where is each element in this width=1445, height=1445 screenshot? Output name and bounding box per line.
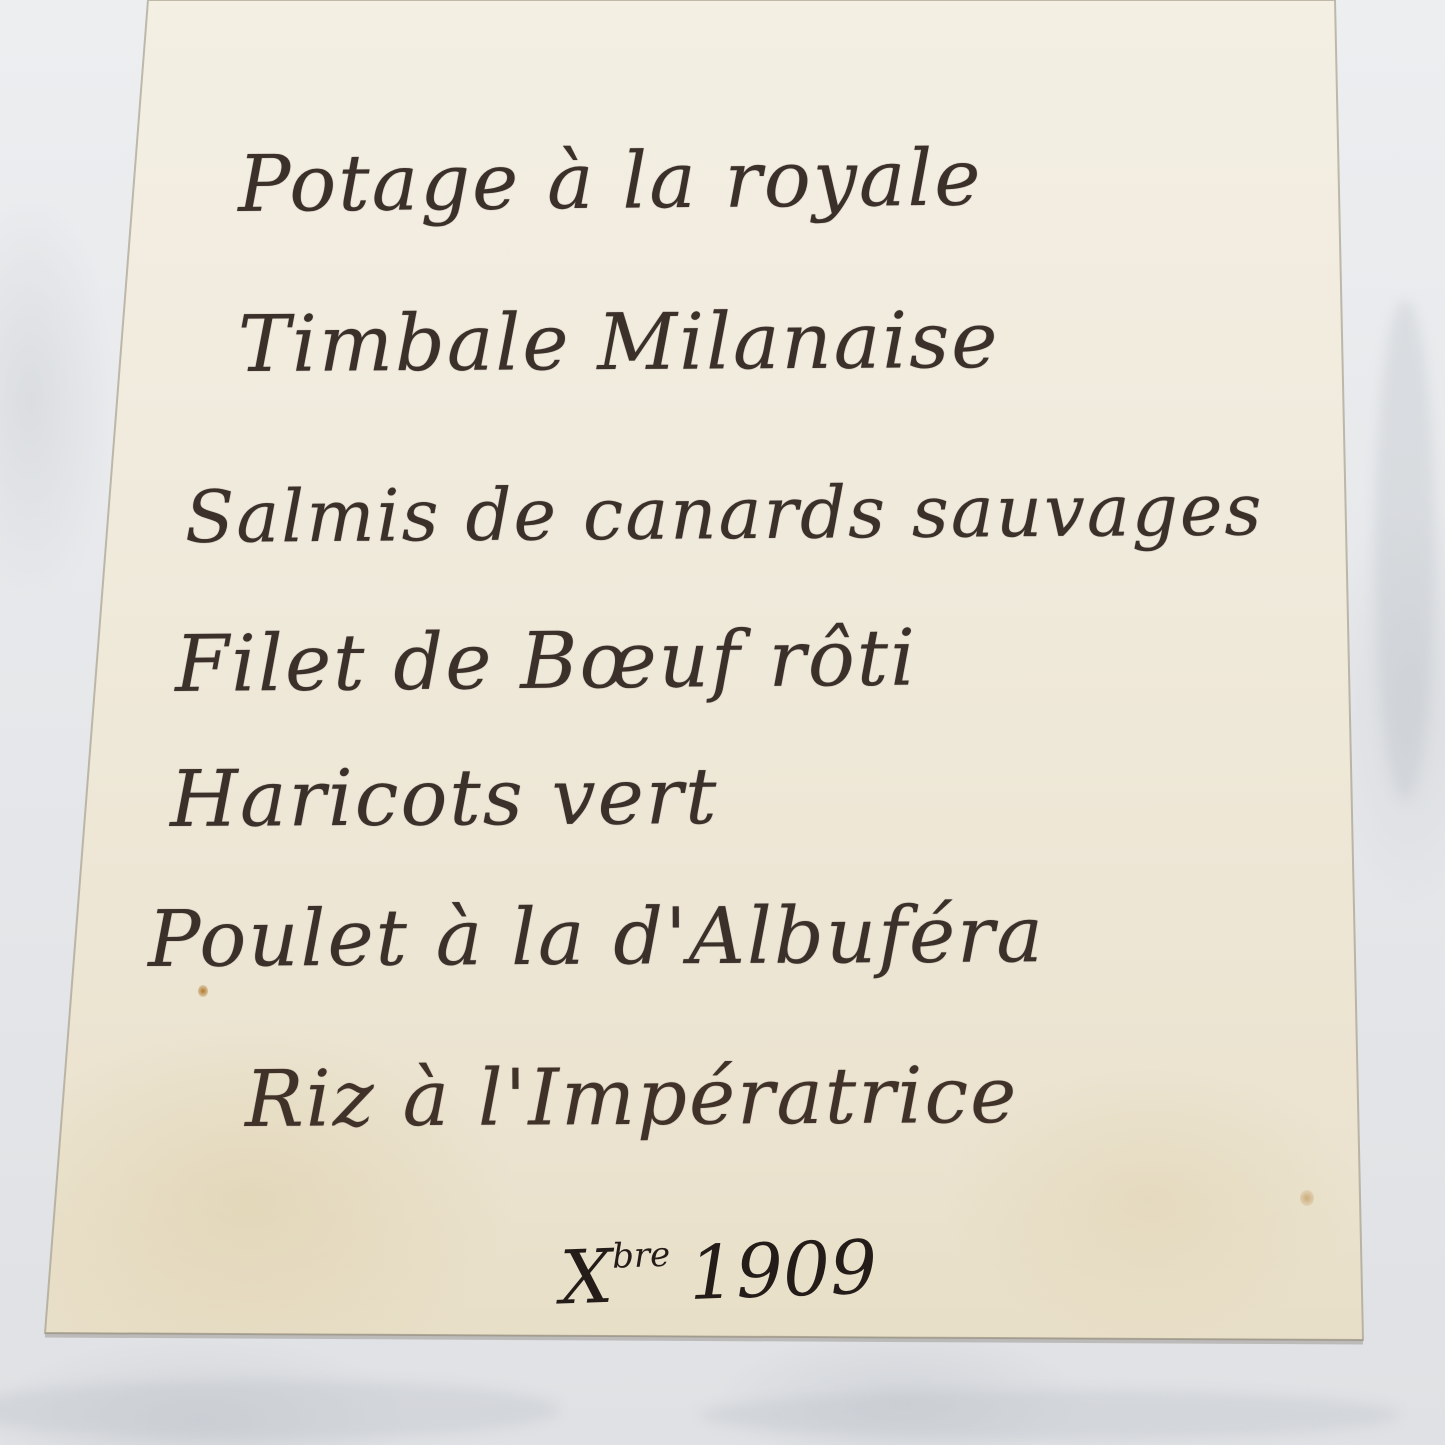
menu-item-riz: Riz à l'Impératrice bbox=[245, 1051, 1019, 1145]
menu-item-salmis: Salmis de canards sauvages bbox=[185, 467, 1264, 559]
date-year: 1909 bbox=[687, 1224, 878, 1317]
menu-item-poulet: Poulet à la d'Albuféra bbox=[148, 890, 1045, 985]
date-month-suffix: bre bbox=[611, 1235, 671, 1277]
menu-item-soup: Potage à la royale bbox=[238, 134, 983, 230]
menu-date: Xbre1909 bbox=[559, 1224, 879, 1321]
date-month: X bbox=[559, 1234, 615, 1322]
handwritten-menu: Potage à la royale Timbale Milanaise Sal… bbox=[0, 0, 1445, 1445]
menu-item-timbale: Timbale Milanaise bbox=[238, 296, 1000, 390]
menu-item-haricots: Haricots vert bbox=[170, 752, 719, 845]
menu-item-filet: Filet de Bœuf rôti bbox=[175, 614, 918, 710]
